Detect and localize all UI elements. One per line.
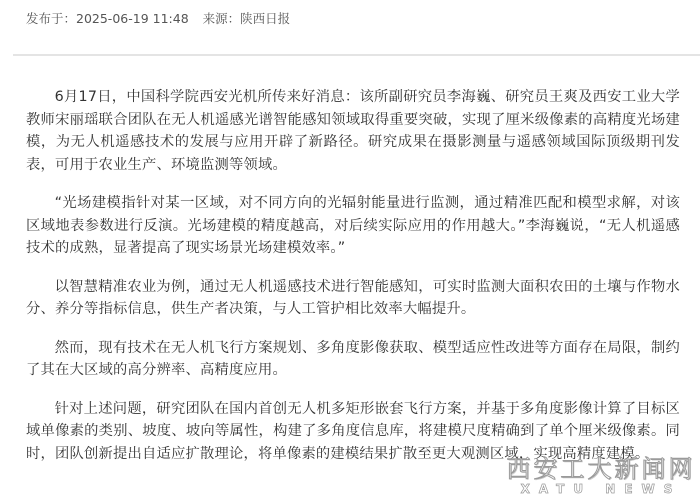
watermark-en-text: XATU NEWS bbox=[506, 482, 696, 496]
article-body: 6月17日，中国科学院西安光机所传来好消息：该所副研究员李海巍、研究员王爽及西安… bbox=[26, 86, 680, 481]
article-paragraph: 以智慧精准农业为例，通过无人机遥感技术进行智能感知，可实时监测大面积农田的土壤与… bbox=[26, 276, 680, 321]
article-paragraph: 针对上述问题，研究团队在国内首创无人机多矩形嵌套飞行方案，并基于多角度影像计算了… bbox=[26, 398, 680, 466]
article-paragraph: “光场建模指针对某一区域，对不同方向的光辐射能量进行监测，通过精准匹配和模型求解… bbox=[26, 192, 680, 260]
article-meta: 发布于：2025-06-19 11:48 来源：陕西日报 bbox=[26, 9, 300, 27]
article-paragraph: 然而，现有技术在无人机飞行方案规划、多角度影像获取、模型适应性改进等方面存在局限… bbox=[26, 337, 680, 382]
article-source: 来源：陕西日报 bbox=[203, 11, 291, 26]
article-paragraph: 6月17日，中国科学院西安光机所传来好消息：该所副研究员李海巍、研究员王爽及西安… bbox=[26, 86, 680, 176]
publish-date: 发布于：2025-06-19 11:48 bbox=[26, 11, 189, 26]
header-divider bbox=[13, 54, 700, 56]
